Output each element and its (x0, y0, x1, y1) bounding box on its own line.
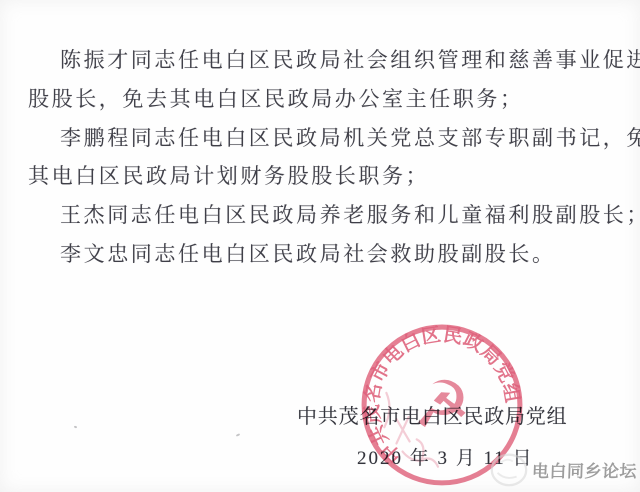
scanned-document-page: 陈振才同志任电白区民政局社会组织管理和慈善事业促进 股股长，免去其电白区民政局办… (0, 0, 640, 492)
doc-line: 股股长，免去其电白区民政局办公室主任职务； (28, 80, 632, 119)
watermark-text: 电白同乡论坛 (532, 457, 638, 482)
doc-line: 李文忠同志任电白区民政局社会救助股副股长。 (28, 235, 632, 274)
scan-speck (74, 426, 78, 429)
signature-organization: 中共茂名市电白区民政局党组 (297, 400, 567, 429)
doc-line: 李鹏程同志任电白区民政局机关党总支部专职副书记，免去 (28, 119, 632, 158)
document-body: 陈振才同志任电白区民政局社会组织管理和慈善事业促进 股股长，免去其电白区民政局办… (0, 0, 640, 274)
doc-line: 其电白区民政局计划财务股股长职务； (28, 157, 632, 196)
watermark: 电白同乡论坛 (488, 448, 637, 490)
watermark-logo-icon (488, 448, 530, 490)
doc-line: 王杰同志任电白区民政局养老服务和儿童福利股副股长； (28, 196, 632, 235)
doc-line: 陈振才同志任电白区民政局社会组织管理和慈善事业促进 (28, 41, 632, 80)
scan-speck (236, 433, 240, 437)
